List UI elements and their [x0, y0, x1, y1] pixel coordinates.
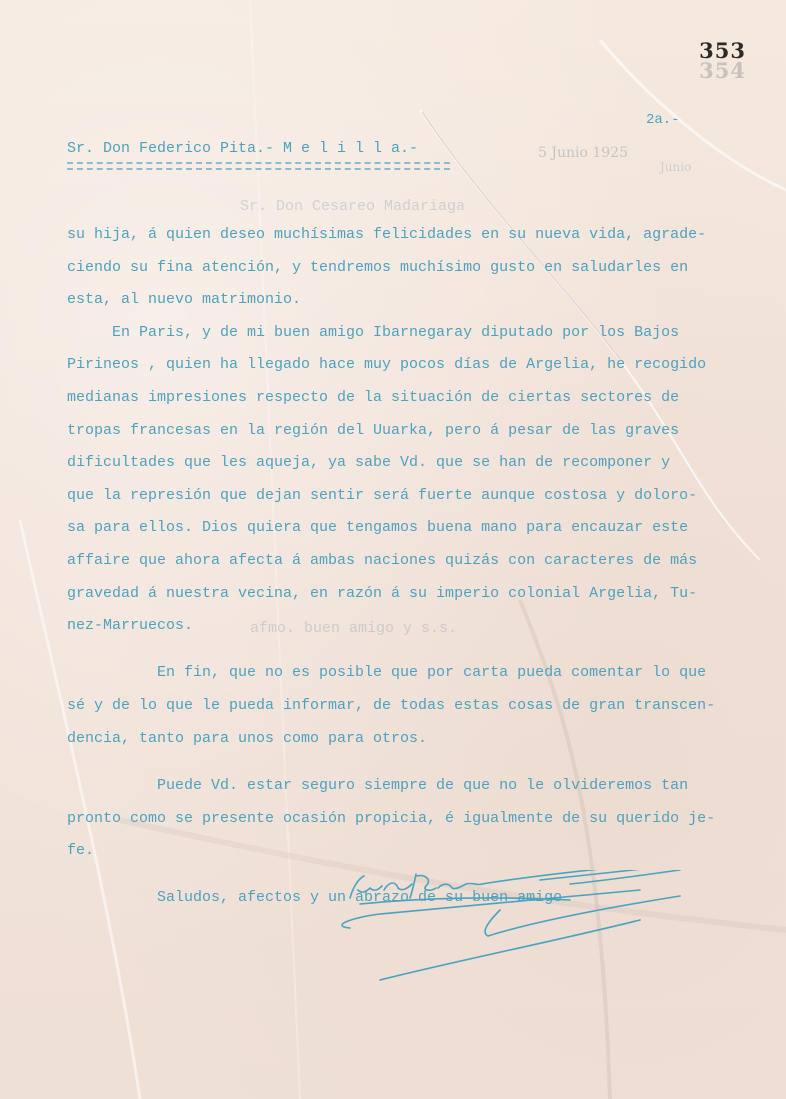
- bleed-through-closing: afmo. buen amigo y s.s.: [250, 620, 457, 637]
- letter-line: nez-Marruecos.: [67, 617, 193, 634]
- bleed-through-heading: Sr. Don Cesareo Madariaga: [240, 198, 465, 215]
- page-marker: 2a.-: [646, 112, 680, 128]
- folio-number-ghost: 354: [699, 58, 746, 83]
- letter-line: Puede Vd. estar seguro siempre de que no…: [67, 777, 688, 794]
- letter-line: ciendo su fina atención, y tendremos muc…: [67, 259, 688, 276]
- letter-line: que la represión que dejan sentir será f…: [67, 487, 697, 504]
- letter-line: En Paris, y de mi buen amigo Ibarnegaray…: [67, 324, 679, 341]
- letter-line: affaire que ahora afecta á ambas nacione…: [67, 552, 697, 569]
- letter-line: tropas francesas en la región del Uuarka…: [67, 422, 679, 439]
- letter-line: sé y de lo que le pueda informar, de tod…: [67, 697, 715, 714]
- letter-line: su hija, á quien deseo muchísimas felici…: [67, 226, 706, 243]
- letter-line: En fin, que no es posible que por carta …: [67, 664, 706, 681]
- signature-icon: [340, 870, 700, 990]
- letter-line: medianas impresiones respecto de la situ…: [67, 389, 679, 406]
- date-bleed-through: 5 Junio 1925: [538, 145, 628, 161]
- letter-line: dificultades que les aqueja, ya sabe Vd.…: [67, 454, 670, 471]
- letter-line: esta, al nuevo matrimonio.: [67, 291, 301, 308]
- letter-line: gravedad á nuestra vecina, en razón á su…: [67, 585, 697, 602]
- letter-line: pronto como se presente ocasión propicia…: [67, 810, 715, 827]
- letter-line: fe.: [67, 842, 94, 859]
- handwritten-signature: [340, 870, 700, 995]
- addressee-underline: [67, 162, 450, 170]
- addressee-line: Sr. Don Federico Pita.- M e l i l l a.-: [67, 140, 418, 157]
- letter-line: Pirineos , quien ha llegado hace muy poc…: [67, 356, 706, 373]
- letter-line: sa para ellos. Dios quiera que tengamos …: [67, 519, 688, 536]
- letter-line: dencia, tanto para unos como para otros.: [67, 730, 427, 747]
- date-bleed-through-small: Junio: [660, 160, 691, 174]
